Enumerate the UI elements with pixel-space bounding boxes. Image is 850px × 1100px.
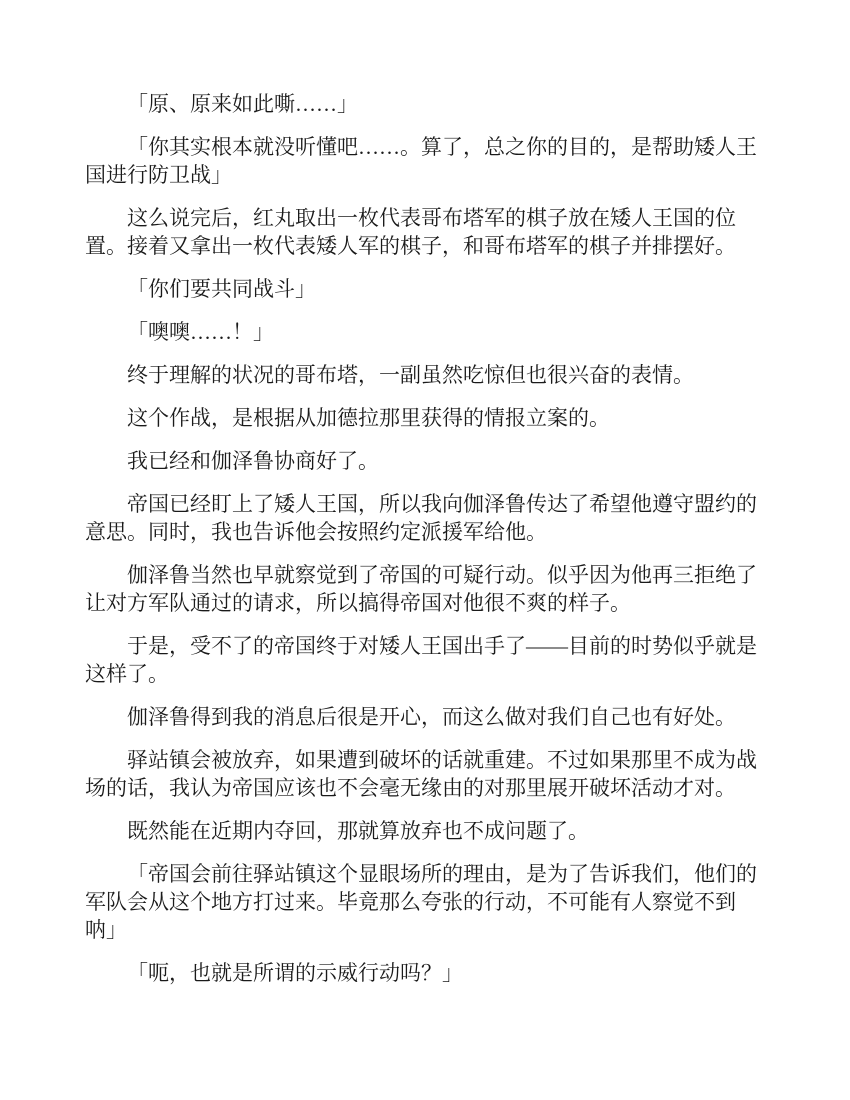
text-block: 「原、原来如此嘶……」 「你其实根本就没听懂吧……。算了，总之你的目的，是帮助矮… <box>85 90 758 987</box>
paragraph: 「噢噢……！」 <box>85 318 758 346</box>
paragraph: 「呃，也就是所谓的示威行动吗？」 <box>85 959 758 987</box>
paragraph: 「你们要共同战斗」 <box>85 275 758 303</box>
paragraph: 帝国已经盯上了矮人王国，所以我向伽泽鲁传达了希望他遵守盟约的意思。同时，我也告诉… <box>85 490 758 546</box>
paragraph: 我已经和伽泽鲁协商好了。 <box>85 447 758 475</box>
paragraph: 既然能在近期内夺回，那就算放弃也不成问题了。 <box>85 817 758 845</box>
paragraph: 「你其实根本就没听懂吧……。算了，总之你的目的，是帮助矮人王国进行防卫战」 <box>85 133 758 189</box>
paragraph: 驿站镇会被放弃，如果遭到破坏的话就重建。不过如果那里不成为战场的话，我认为帝国应… <box>85 746 758 802</box>
paragraph: 伽泽鲁得到我的消息后很是开心，而这么做对我们自己也有好处。 <box>85 703 758 731</box>
paragraph: 「帝国会前往驿站镇这个显眼场所的理由，是为了告诉我们，他们的军队会从这个地方打过… <box>85 860 758 944</box>
paragraph: 这么说完后，红丸取出一枚代表哥布塔军的棋子放在矮人王国的位置。接着又拿出一枚代表… <box>85 204 758 260</box>
paragraph: 于是，受不了的帝国终于对矮人王国出手了——目前的时势似乎就是这样了。 <box>85 632 758 688</box>
paragraph: 「原、原来如此嘶……」 <box>85 90 758 118</box>
novel-page: 「原、原来如此嘶……」 「你其实根本就没听懂吧……。算了，总之你的目的，是帮助矮… <box>0 0 850 1100</box>
paragraph: 伽泽鲁当然也早就察觉到了帝国的可疑行动。似乎因为他再三拒绝了让对方军队通过的请求… <box>85 561 758 617</box>
paragraph: 这个作战，是根据从加德拉那里获得的情报立案的。 <box>85 404 758 432</box>
paragraph: 终于理解的状况的哥布塔，一副虽然吃惊但也很兴奋的表情。 <box>85 361 758 389</box>
